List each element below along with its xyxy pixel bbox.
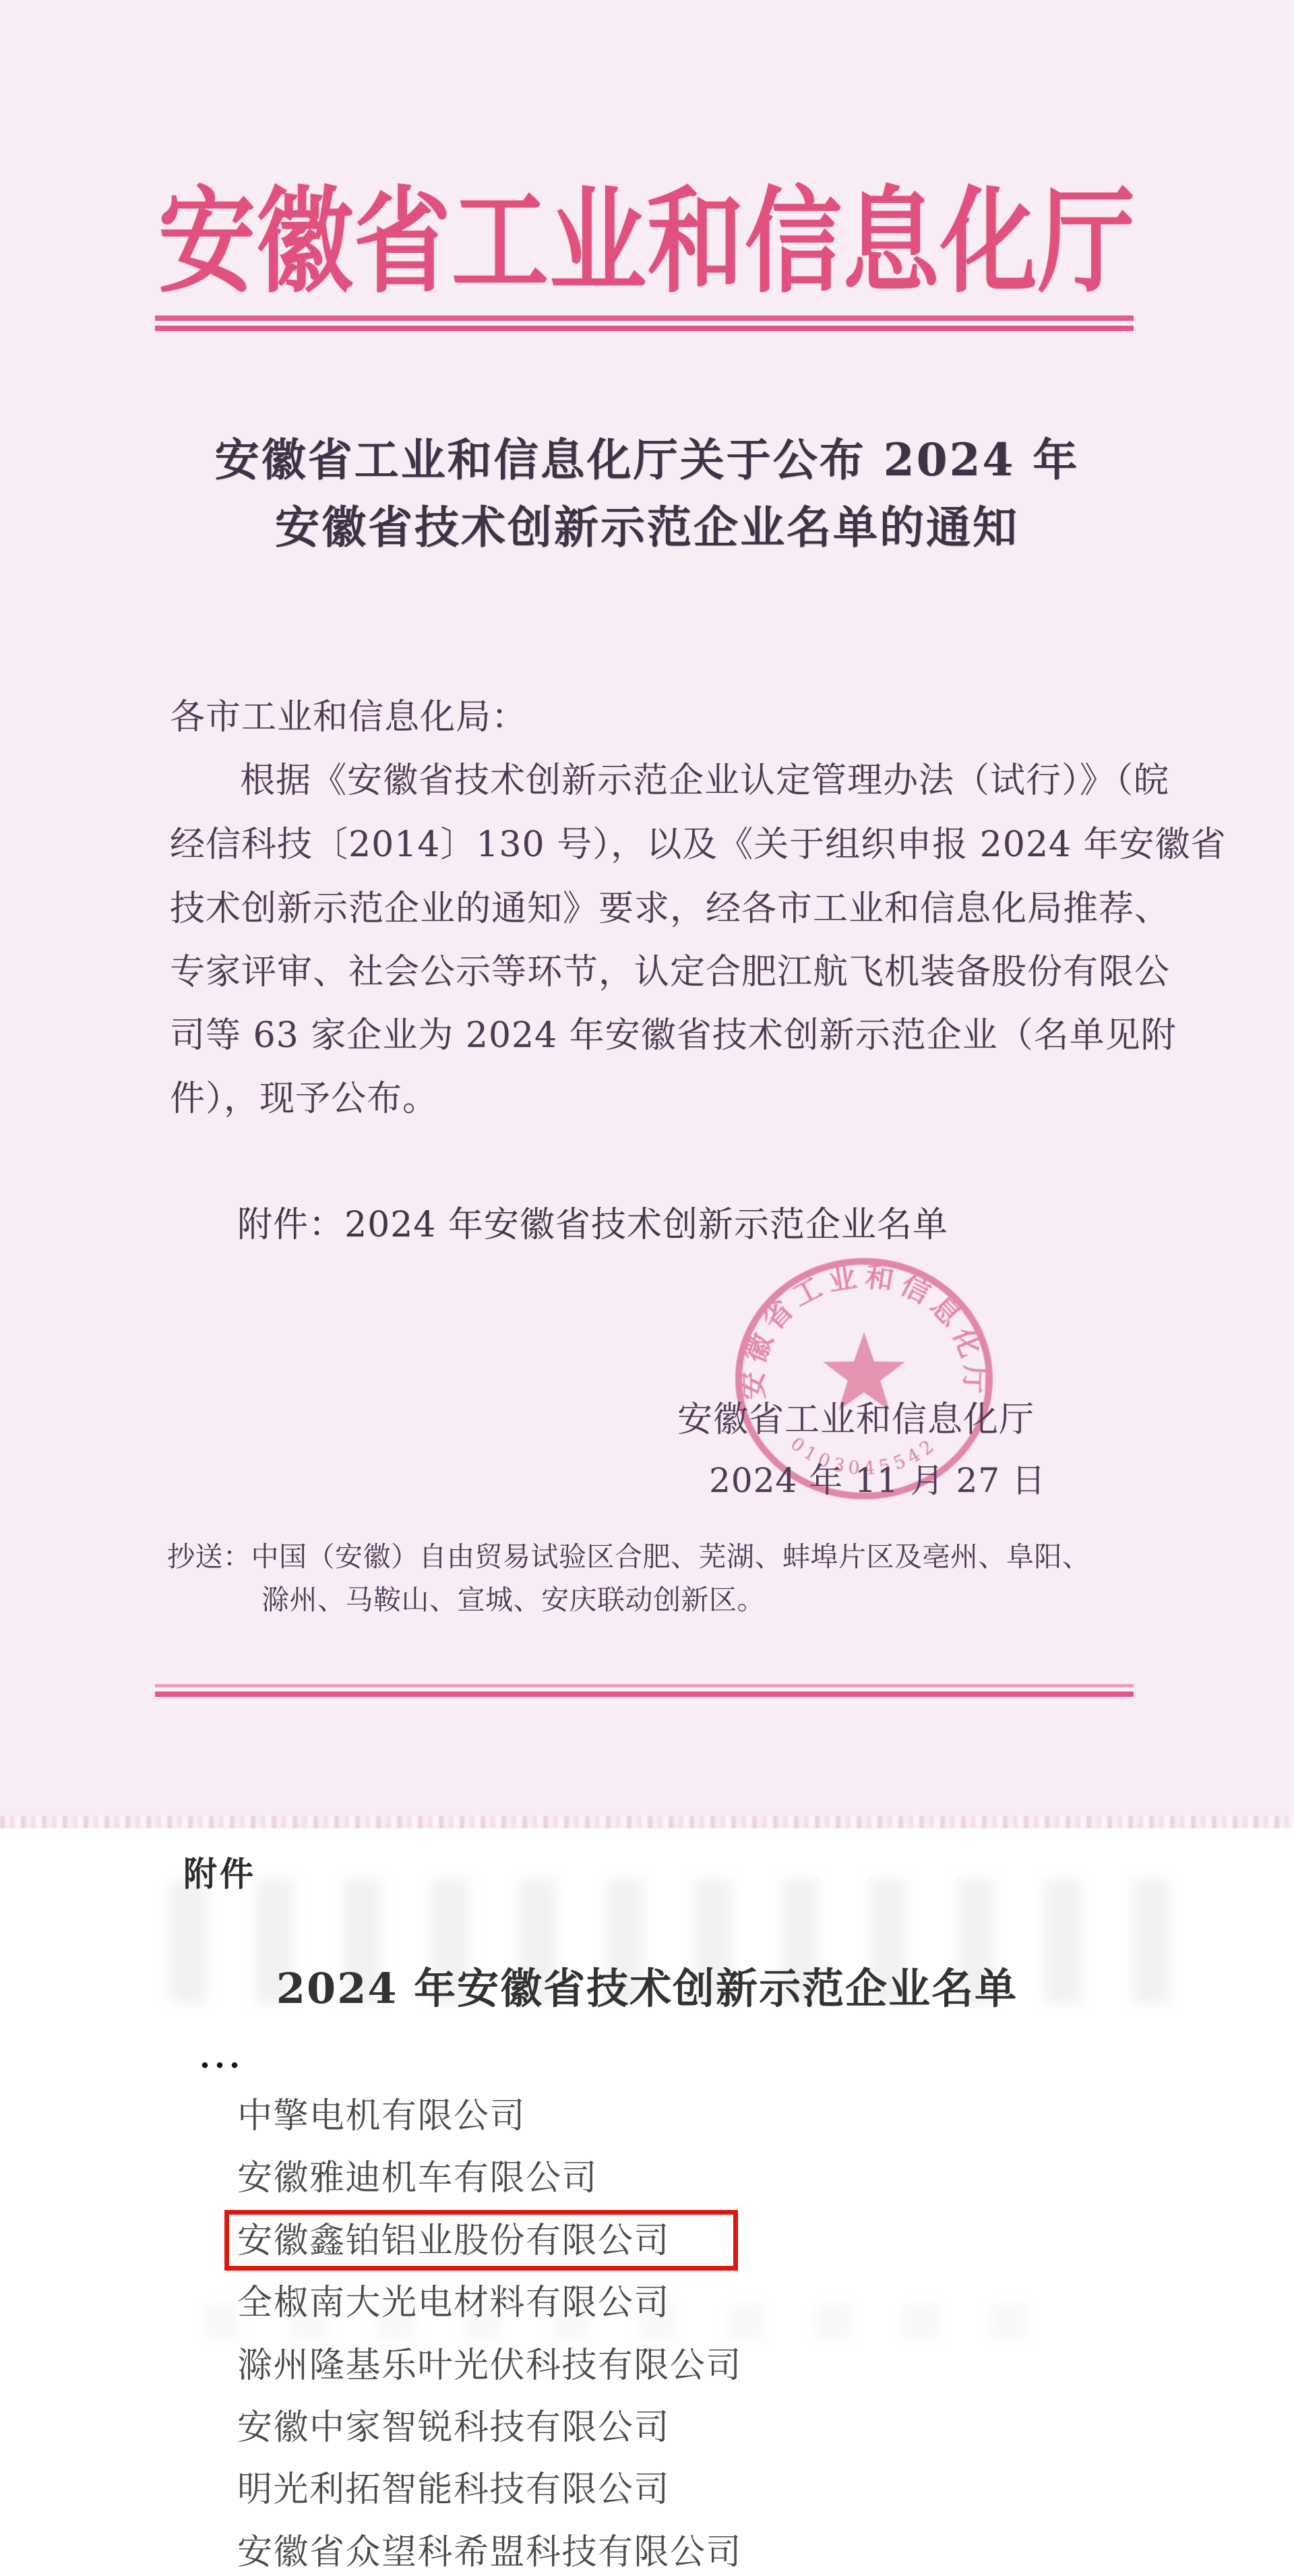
company-row: 安徽雅迪机车有限公司 (237, 2157, 598, 2199)
company-row: 中擎电机有限公司 (237, 2095, 526, 2137)
company-row: 明光利拓智能科技有限公司 (237, 2469, 670, 2511)
company-row: 安徽中家智锐科技有限公司 (237, 2407, 670, 2449)
issue-date: 2024 年 11 月 27 日 (709, 1454, 1046, 1502)
notice-title: 安徽省工业和信息化厅关于公布 2024 年 安徽省技术创新示范企业名单的通知 (0, 426, 1294, 561)
body-line-2: 经信科技〔2014〕130 号），以及《关于组织申报 2024 年安徽省 (170, 825, 1227, 865)
header-double-rule (155, 316, 1134, 331)
attachment-list-title: 2024 年安徽省技术创新示范企业名单 (0, 1955, 1294, 2015)
attachment-page: 附件 (0, 1828, 1294, 2576)
notice-page: 安徽省工业和信息化厅 安徽省工业和信息化厅关于公布 2024 年 安徽省技术创新… (0, 0, 1294, 1828)
body-line-3: 技术创新示范企业的通知》要求，经各市工业和信息化局推荐、 (170, 889, 1170, 929)
list-truncation-ellipsis: ... (199, 2041, 244, 2072)
footer-double-rule (155, 1684, 1134, 1697)
body-line-4: 专家评审、社会公示等环节，认定合肥江航飞机装备股份有限公 (170, 952, 1170, 992)
agency-banner: 安徽省工业和信息化厅 (0, 174, 1294, 309)
attachment-note: 附件：2024 年安徽省技术创新示范企业名单 (237, 1205, 948, 1245)
cc-line-2: 滁州、马鞍山、宣城、安庆联动创新区。 (261, 1583, 765, 1617)
company-row: 安徽省众望科希盟科技有限公司 (237, 2532, 742, 2573)
salutation: 各市工业和信息化局： (170, 697, 527, 738)
scanned-notice-document: 安徽省工业和信息化厅 安徽省工业和信息化厅关于公布 2024 年 安徽省技术创新… (0, 0, 1294, 2576)
body-line-5: 司等 63 家企业为 2024 年安徽省技术创新示范企业（名单见附 (170, 1015, 1177, 1056)
notice-title-line2: 安徽省技术创新示范企业名单的通知 (0, 493, 1294, 561)
highlight-box (224, 2210, 738, 2271)
company-row: 滁州隆基乐叶光伏科技有限公司 (237, 2345, 742, 2387)
page-scan-edge (0, 1816, 1294, 1828)
body-line-6: 件），现予公布。 (170, 1079, 438, 1119)
body-line-1: 根据《安徽省技术创新示范企业认定管理办法（试行）》（皖 (240, 760, 1169, 801)
issuer-signature: 安徽省工业和信息化厅 (677, 1391, 1035, 1441)
attachment-label: 附件 (183, 1847, 256, 1896)
notice-title-line1: 安徽省工业和信息化厅关于公布 2024 年 (0, 426, 1294, 493)
company-row: 全椒南大光电材料有限公司 (237, 2282, 670, 2324)
cc-line-1: 抄送：中国（安徽）自由贸易试验区合肥、芜湖、蚌埠片区及亳州、阜阳、 (167, 1540, 1090, 1574)
